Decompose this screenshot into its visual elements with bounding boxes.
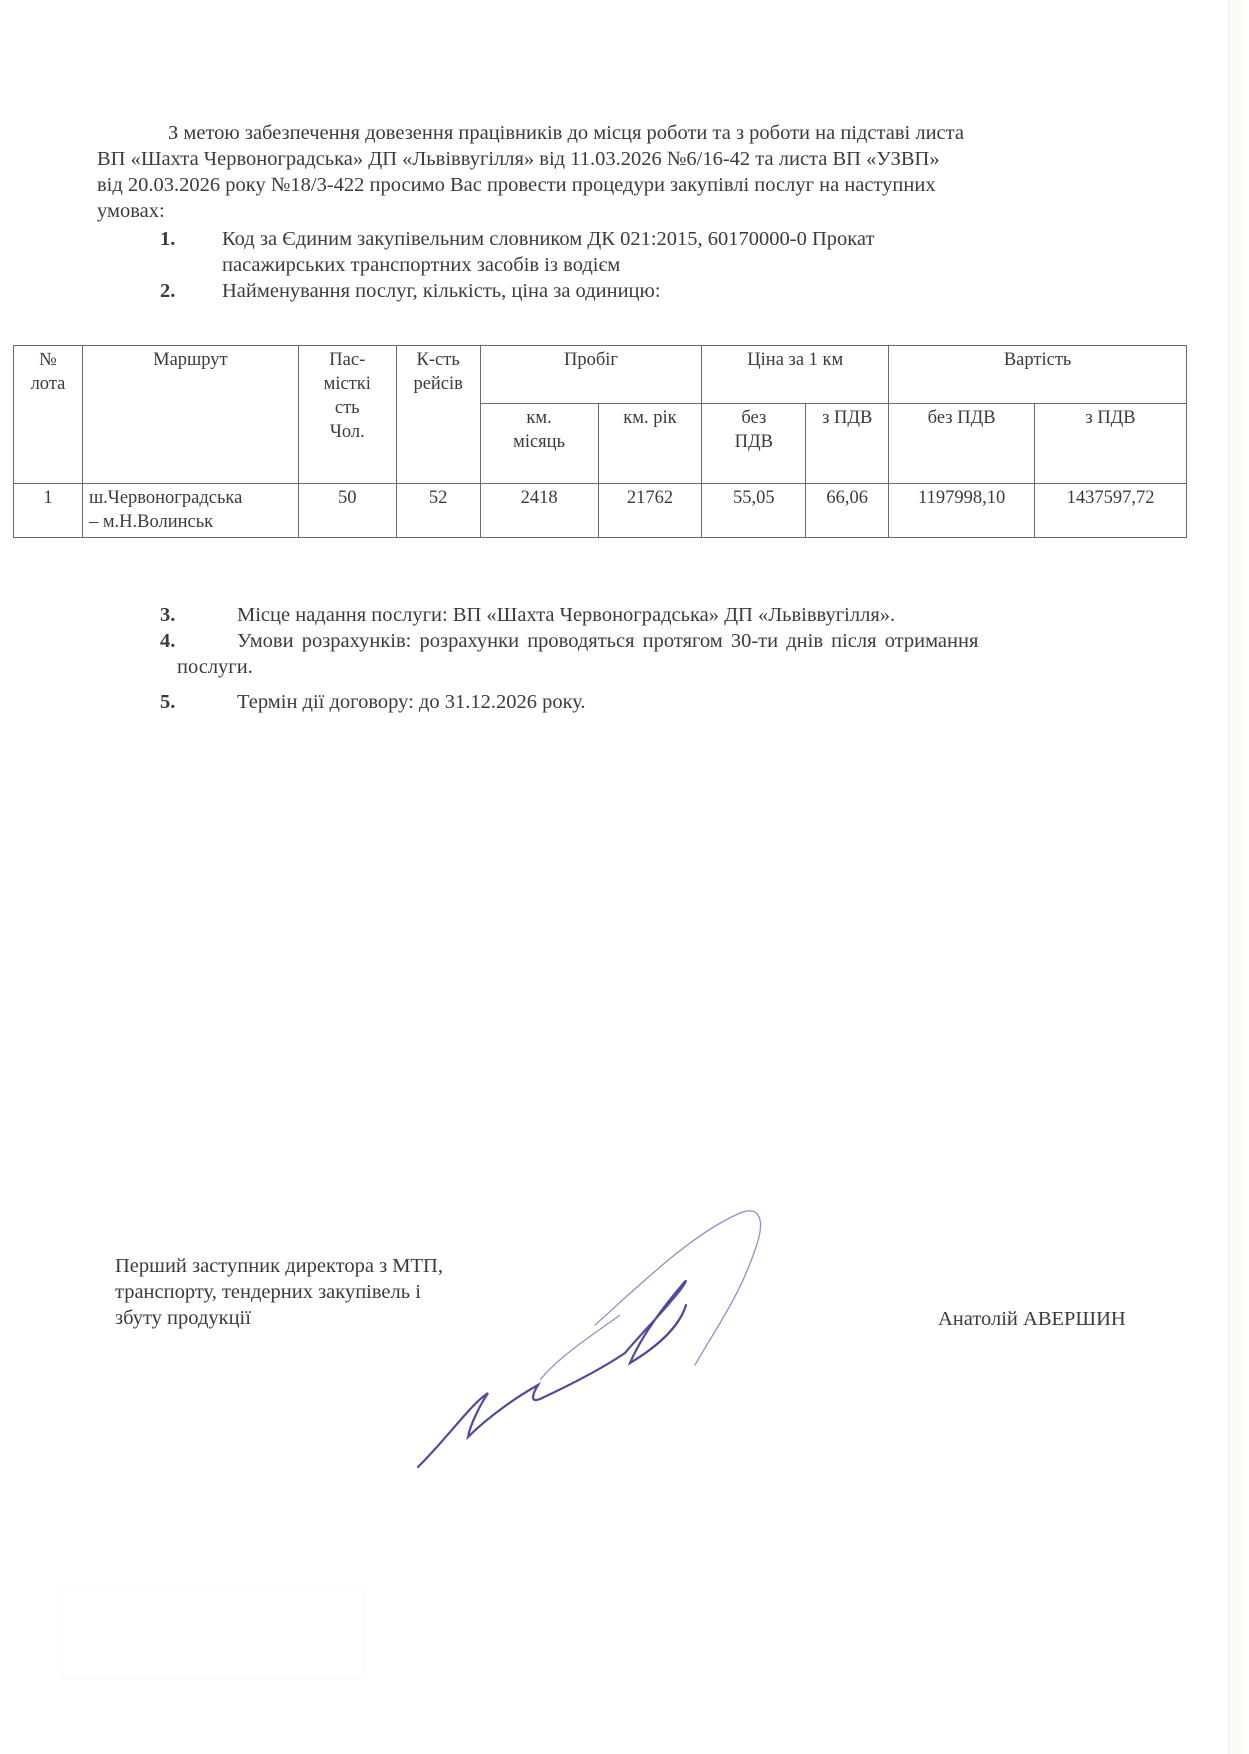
list-item-4: 4.Умови розрахунків: розрахунки проводят… xyxy=(160,628,1175,680)
header-trips: К-стьрейсів xyxy=(396,346,480,484)
table-row: 1 ш.Червоноградська– м.Н.Волинськ 50 52 … xyxy=(14,484,1187,538)
cell-km-year: 21762 xyxy=(598,484,702,538)
position-line: транспорту, тендерних закупівель і xyxy=(115,1279,443,1305)
position-line: Перший заступник директора з МТП, xyxy=(115,1253,443,1279)
header-cost: Вартість xyxy=(889,346,1187,404)
list-item-3: 3.Місце надання послуги: ВП «Шахта Черво… xyxy=(160,602,895,628)
list-number: 5. xyxy=(160,689,237,715)
header-cost-no-vat: без ПДВ xyxy=(889,404,1035,484)
handwritten-signature xyxy=(410,1205,850,1475)
cell-cost-vat: 1437597,72 xyxy=(1035,484,1187,538)
header-cost-vat: з ПДВ xyxy=(1035,404,1187,484)
list-item-1: 1.Код за Єдиним закупівельним словником … xyxy=(160,226,874,278)
signer-name: Анатолій АВЕРШИН xyxy=(938,1306,1126,1332)
header-km-year: км. рік xyxy=(598,404,702,484)
cell-price-vat: 66,06 xyxy=(806,484,889,538)
header-route: Маршрут xyxy=(82,346,298,484)
intro-line: З метою забезпечення довезення працівник… xyxy=(97,120,1147,146)
list-number: 2. xyxy=(160,278,222,304)
list-text: Код за Єдиним закупівельним словником ДК… xyxy=(222,228,874,250)
list-text: Термін дії договору: до 31.12.2026 року. xyxy=(237,691,586,713)
cell-capacity: 50 xyxy=(298,484,396,538)
scan-edge xyxy=(1228,0,1243,1754)
header-km-month: км.місяць xyxy=(480,404,598,484)
cell-km-month: 2418 xyxy=(480,484,598,538)
header-mileage: Пробіг xyxy=(480,346,702,404)
cell-price-no-vat: 55,05 xyxy=(702,484,806,538)
signer-position: Перший заступник директора з МТП, трансп… xyxy=(115,1253,443,1331)
cell-trips: 52 xyxy=(396,484,480,538)
cell-cost-no-vat: 1197998,10 xyxy=(889,484,1035,538)
intro-line: умовах: xyxy=(97,198,1147,224)
list-item-2: 2.Найменування послуг, кількість, ціна з… xyxy=(160,278,661,304)
cell-lot: 1 xyxy=(14,484,83,538)
list-item-5: 5.Термін дії договору: до 31.12.2026 рок… xyxy=(160,689,586,715)
list-number: 4. xyxy=(160,628,237,654)
list-text: Місце надання послуги: ВП «Шахта Червоно… xyxy=(237,604,895,626)
document-page: З метою забезпечення довезення працівник… xyxy=(0,0,1249,1754)
header-price-vat: з ПДВ xyxy=(806,404,889,484)
list-number: 3. xyxy=(160,602,237,628)
faint-stamp xyxy=(62,1588,364,1680)
header-lot-no: №лота xyxy=(14,346,83,484)
header-price-per-km: Ціна за 1 км xyxy=(702,346,889,404)
list-text-continued: послуги. xyxy=(177,654,1175,680)
header-price-no-vat: безПДВ xyxy=(702,404,806,484)
intro-line: ВП «Шахта Червоноградська» ДП «Львіввугі… xyxy=(97,146,1147,172)
intro-paragraph: З метою забезпечення довезення працівник… xyxy=(97,120,1147,224)
services-table: №лота Маршрут Пас-місткістьЧол. К-стьрей… xyxy=(13,345,1187,538)
position-line: збуту продукції xyxy=(115,1305,443,1331)
intro-line: від 20.03.2026 року №18/3-422 просимо Ва… xyxy=(97,172,1147,198)
table-header-row: №лота Маршрут Пас-місткістьЧол. К-стьрей… xyxy=(14,346,1187,404)
list-text-continued: пасажирських транспортних засобів із вод… xyxy=(160,252,874,278)
cell-route: ш.Червоноградська– м.Н.Волинськ xyxy=(82,484,298,538)
list-text: Найменування послуг, кількість, ціна за … xyxy=(222,280,661,302)
list-number: 1. xyxy=(160,226,222,252)
list-text: Умови розрахунків: розрахунки проводятьс… xyxy=(237,630,978,652)
header-capacity: Пас-місткістьЧол. xyxy=(298,346,396,484)
